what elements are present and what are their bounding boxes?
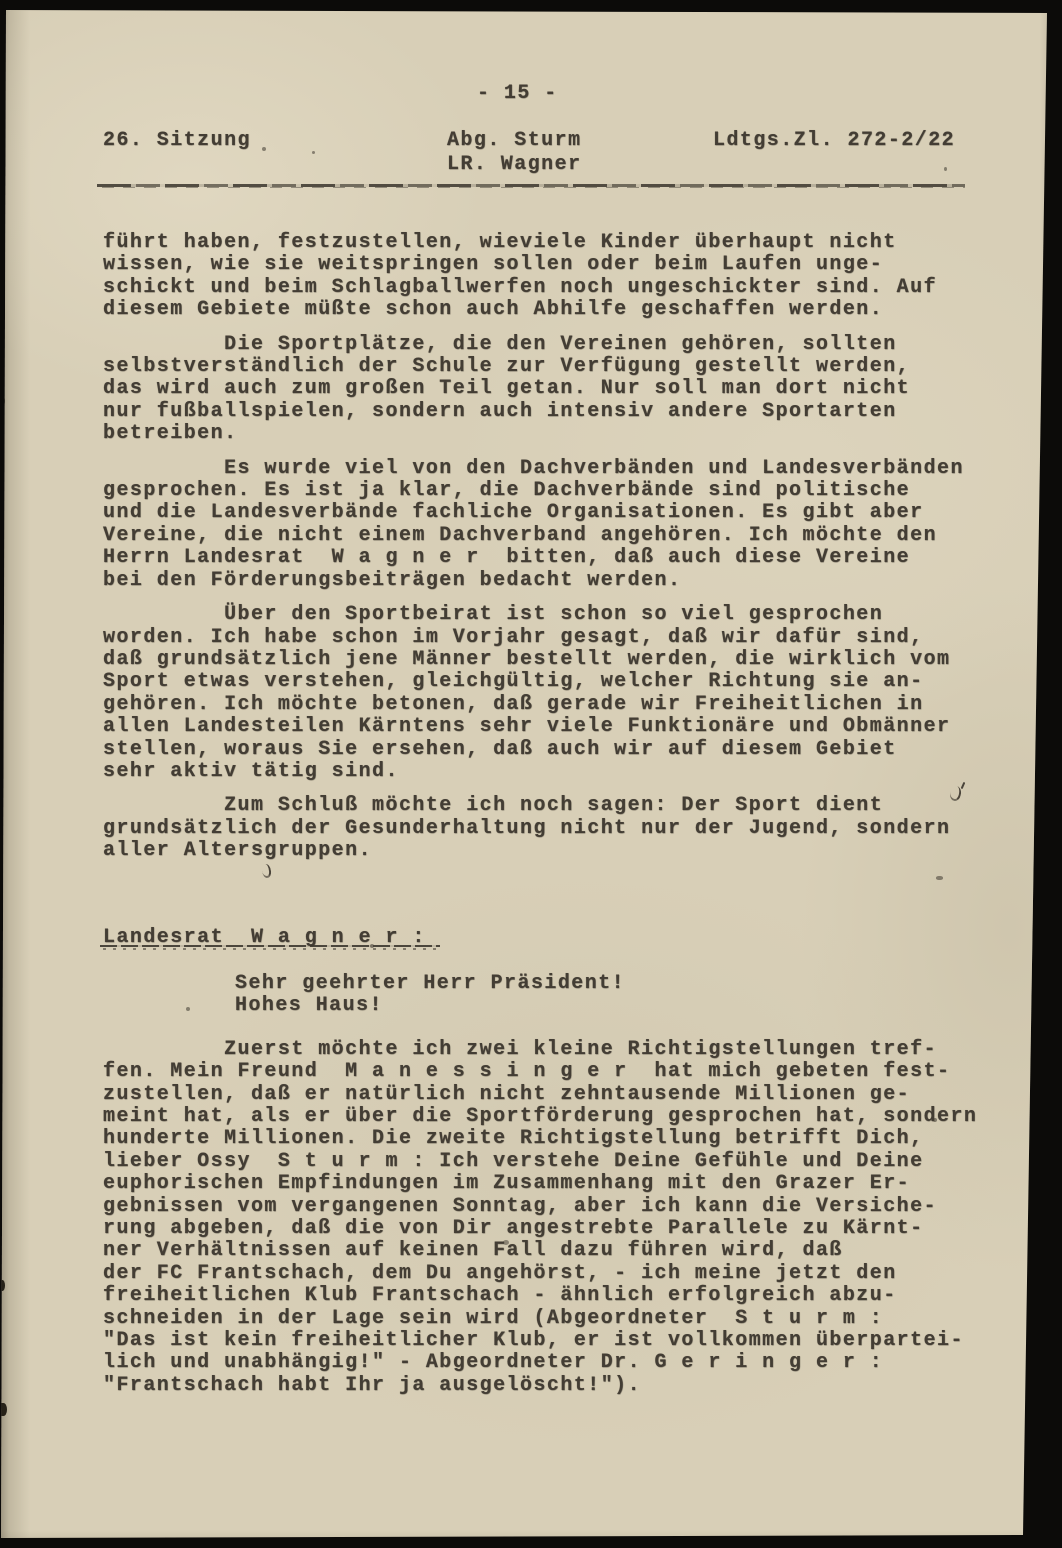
paragraph: Über den Sportbeirat ist schon so viel g… [103, 604, 1013, 783]
speaker-heading-wrap: Landesrat W a g n e r : [103, 927, 1013, 949]
speaker-heading-underline [100, 945, 440, 950]
header-speaker-2: LR. Wagner [447, 154, 582, 176]
paragraph: Die Sportplätze, die den Vereinen gehöre… [103, 334, 1013, 446]
scan-edge-mark [0, 1280, 5, 1291]
scan-edge-mark [0, 396, 5, 406]
ink-speck [312, 151, 315, 154]
header-reference: Ldtgs.Zl. 272-2/22 [713, 130, 955, 152]
ink-smudge [503, 1240, 509, 1245]
scanned-document-screenshot: { "scan": { "paper_color": "#d8cfb7", "i… [0, 0, 1062, 1548]
ink-speck [186, 1007, 190, 1011]
header-session: 26. Sitzung [103, 130, 251, 152]
document-body: führt haben, festzustellen, wieviele Kin… [103, 232, 1013, 1409]
ink-speck [933, 1118, 937, 1122]
salutation: Sehr geehrter Herr Präsident! Hohes Haus… [235, 973, 1013, 1018]
paragraph: Zuerst möchte ich zwei kleine Richtigste… [103, 1039, 1013, 1398]
paragraph: Es wurde viel von den Dachverbänden und … [103, 458, 1013, 592]
ink-smudge [936, 876, 943, 880]
scan-edge-mark [0, 1403, 7, 1416]
paragraph: Zum Schluß möchte ich noch sagen: Der Sp… [103, 795, 1013, 862]
scanned-page: - 15 - 26. Sitzung Abg. Sturm LR. Wagner… [0, 0, 1062, 1548]
header-speaker-1: Abg. Sturm [447, 130, 582, 152]
ink-speck [370, 944, 374, 948]
paragraph: führt haben, festzustellen, wieviele Kin… [103, 232, 1013, 322]
ink-speck [944, 167, 947, 171]
header-divider-rule [97, 184, 965, 189]
page-number: - 15 - [477, 83, 558, 105]
ink-speck [262, 147, 266, 151]
